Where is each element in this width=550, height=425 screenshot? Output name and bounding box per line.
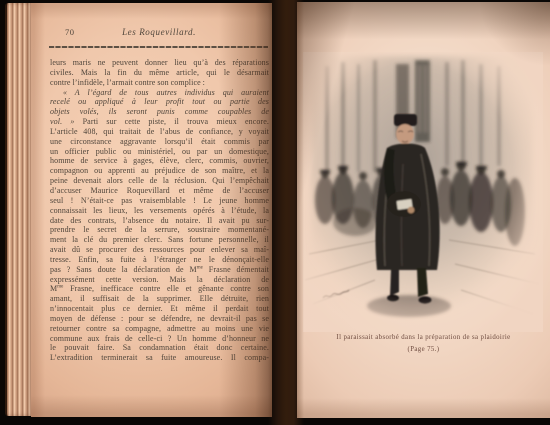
right-page: Il paraissait absorbé dans la préparatio… bbox=[297, 2, 550, 418]
text-line: moyen de défense : pour se défendre, ne … bbox=[50, 314, 269, 324]
text-line: une circonstance aggravante lorsqu’il ét… bbox=[50, 137, 269, 147]
text-line: « A l’égard de tous autres individus qui… bbox=[50, 88, 269, 98]
text-line: seul ! N’était-ce pas vraisemblable ! Le… bbox=[50, 196, 269, 206]
text-line: un officier public ou ministériel, ou pa… bbox=[50, 147, 269, 157]
text-line: peine devenait alors celle de la réclusi… bbox=[50, 176, 269, 186]
text-line: objets volés, ils seront punis comme cou… bbox=[50, 107, 269, 117]
text-line: avait dû se procurer des ressources pour… bbox=[50, 245, 269, 255]
illustration-caption: Il paraissait absorbé dans la préparatio… bbox=[297, 334, 550, 342]
text-line: prendre le secret de la serrure, soustra… bbox=[50, 225, 269, 235]
text-line: ment la clé du premier clerc. Sans fortu… bbox=[50, 235, 269, 245]
text-line: date des contrats, l’absence du notaire.… bbox=[50, 216, 269, 226]
text-line: recelé ou appliqué à leur profit tout ou… bbox=[50, 97, 269, 107]
text-line: homme de service à gages, élève, clerc, … bbox=[50, 156, 269, 166]
text-line: retourner contre sa compagne, admettre a… bbox=[50, 324, 269, 334]
text-line: amant, il suffisait de la supprimer. Ell… bbox=[50, 294, 269, 304]
text-line: civiles. Mais la fin du même article, qu… bbox=[50, 68, 269, 78]
lawyer-illustration bbox=[303, 52, 543, 332]
page-header: 70 Les Roquevillard. bbox=[51, 27, 267, 39]
text-line: contre l’infidèle, l’armait contre son c… bbox=[50, 78, 269, 88]
left-page: 70 Les Roquevillard. leurs maris ne peuv… bbox=[31, 3, 272, 417]
text-line: connaissait les lieux, les versements op… bbox=[50, 206, 269, 216]
caption-page-reference: (Page 75.) bbox=[297, 346, 550, 353]
text-line: n’innocentait plus ce dernier. Et même i… bbox=[50, 304, 269, 314]
page-edges bbox=[5, 3, 33, 416]
text-line: compagnon ou apprenti au préjudice de so… bbox=[50, 166, 269, 176]
text-line: vol. » Parti sur cette piste, il trouva … bbox=[50, 117, 269, 127]
text-line: pas ? Sans doute la déclaration de Mme F… bbox=[50, 265, 269, 275]
text-line: le pouvait faire. Sa condamnation était … bbox=[50, 343, 269, 353]
text-line: d’accuser Maurice Roquevillard et même d… bbox=[50, 186, 269, 196]
text-line: Mme Frasne, inefficace contre elle et gê… bbox=[50, 284, 269, 294]
book-photo: 70 Les Roquevillard. leurs maris ne peuv… bbox=[0, 0, 550, 425]
text-line: tresse. Enfin, sa fuite à l’étranger ne … bbox=[50, 255, 269, 265]
body-text: leurs maris ne peuvent donner lieu qu’à … bbox=[50, 58, 269, 363]
text-line: L’extradition terminerait sa fuite amour… bbox=[50, 353, 269, 363]
text-line: commune aux frais de celle-ci ? Un homme… bbox=[50, 334, 269, 344]
text-line: leurs maris ne peuvent donner lieu qu’à … bbox=[50, 58, 269, 68]
text-line: L’article 408, qui traitait de l’abus de… bbox=[50, 127, 269, 137]
text-line: expressément cette version. Mais la décl… bbox=[50, 275, 269, 285]
running-title: Les Roquevillard. bbox=[51, 27, 267, 37]
header-rule bbox=[49, 46, 268, 48]
page-number: 70 bbox=[65, 27, 75, 37]
vignette bbox=[303, 52, 543, 332]
